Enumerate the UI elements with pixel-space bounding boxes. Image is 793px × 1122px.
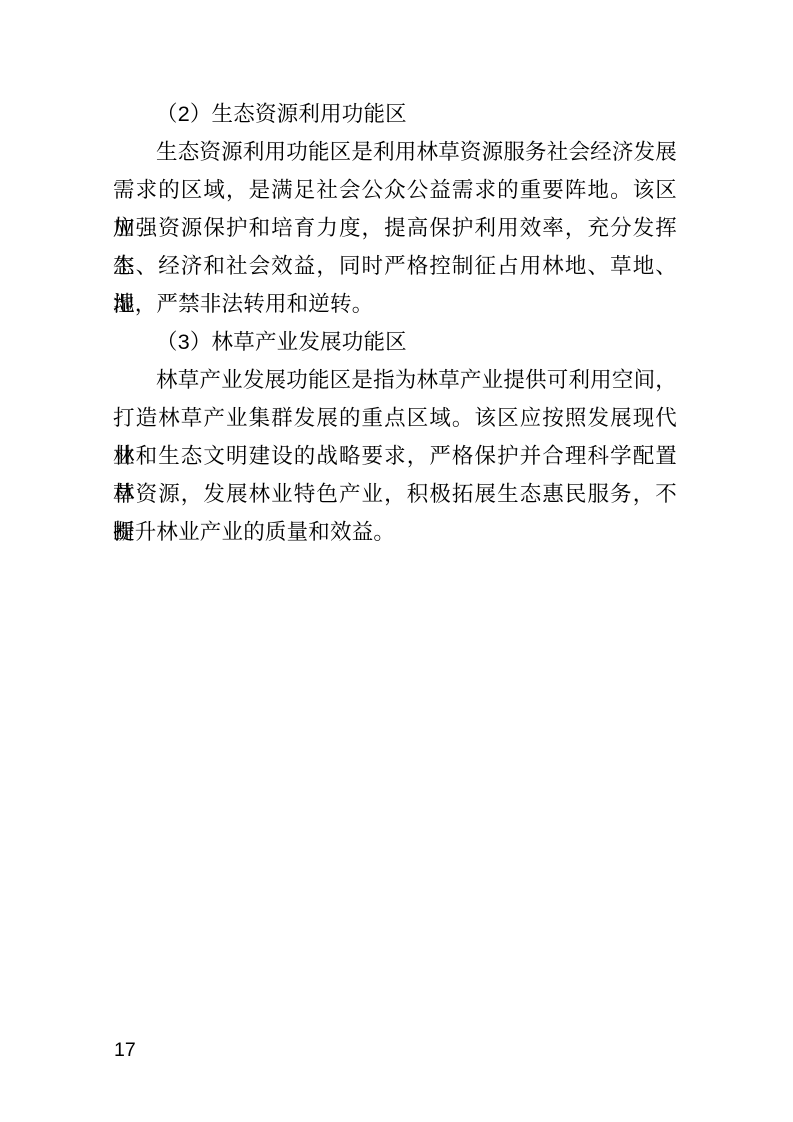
paragraph-2-line-3: 加强资源保护和培育力度，提高保护利用效率，充分发挥生 [113, 209, 677, 247]
paragraph-2-line-1: 生态资源利用功能区是利用林草资源服务社会经济发展 [113, 133, 677, 171]
paragraph-3-line-1: 林草产业发展功能区是指为林草产业提供可利用空间， [113, 361, 677, 399]
page-number: 17 [114, 1037, 136, 1063]
section-3-heading: （3）林草产业发展功能区 [113, 323, 677, 361]
paragraph-3-line-5: 提升林业产业的质量和效益。 [113, 513, 677, 551]
paragraph-2-line-5: 地，严禁非法转用和逆转。 [113, 285, 677, 323]
paragraph-2-line-2: 需求的区域，是满足社会公众公益需求的重要阵地。该区应 [113, 171, 677, 209]
paragraph-3-line-4: 草资源，发展林业特色产业，积极拓展生态惠民服务，不断 [113, 475, 677, 513]
section-2-heading: （2）生态资源利用功能区 [113, 95, 677, 133]
document-page: { "page": { "background_color": "#ffffff… [0, 0, 793, 1122]
body-text-block: （2）生态资源利用功能区 生态资源利用功能区是利用林草资源服务社会经济发展 需求… [113, 95, 677, 551]
paragraph-2-line-4: 态、经济和社会效益，同时严格控制征占用林地、草地、湿 [113, 247, 677, 285]
paragraph-3-line-3: 业和生态文明建设的战略要求，严格保护并合理科学配置林 [113, 437, 677, 475]
paragraph-3-line-2: 打造林草产业集群发展的重点区域。该区应按照发展现代林 [113, 399, 677, 437]
